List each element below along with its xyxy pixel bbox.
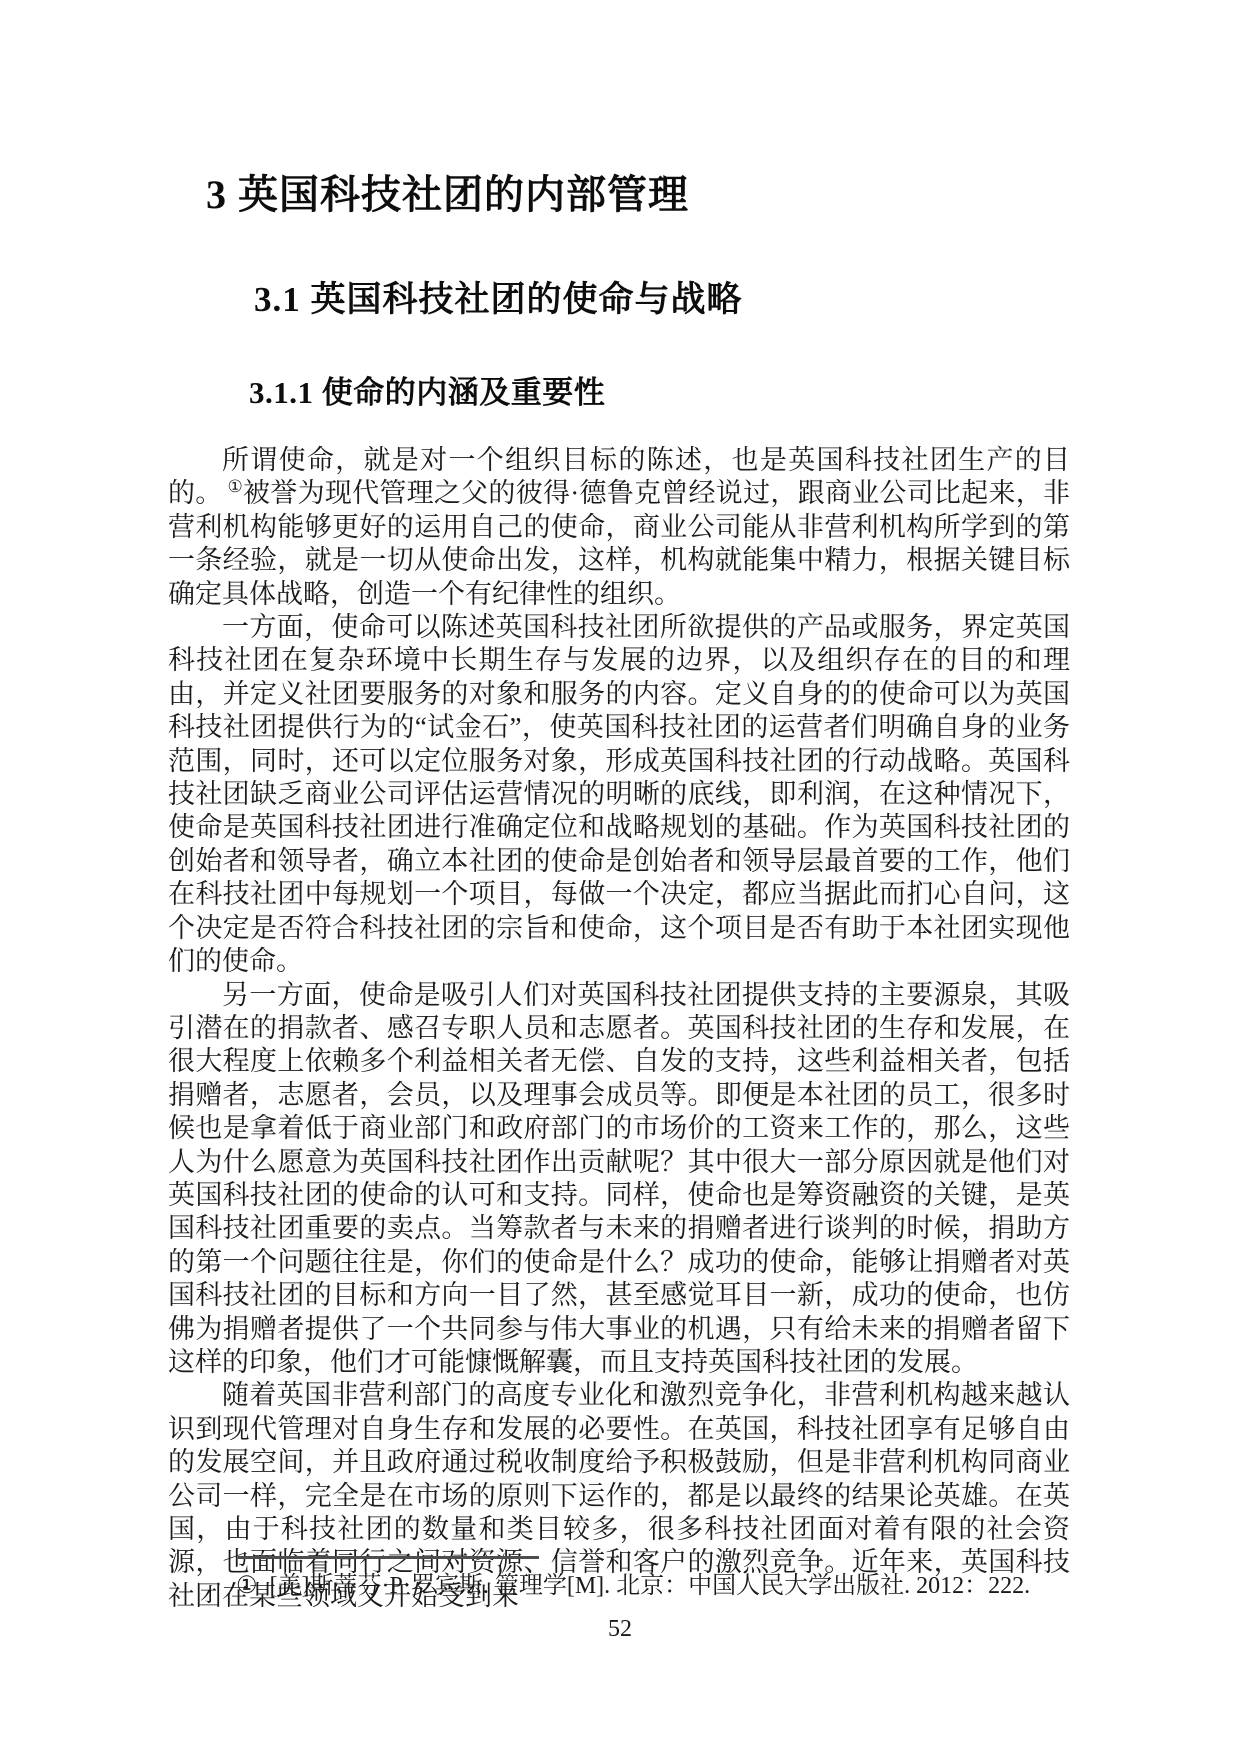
body-text: 所谓使命，就是对一个组织目标的陈述，也是英国科技社团生产的目的。①被誉为现代管理… — [168, 444, 1070, 1613]
footnote-text: [美]斯蒂芬·P·罗宾斯. 管理学[M]. 北京：中国人民大学出版社. 2012… — [270, 1573, 1031, 1599]
footnote-marker: ① — [236, 1573, 258, 1599]
footnote: ①[美]斯蒂芬·P·罗宾斯. 管理学[M]. 北京：中国人民大学出版社. 201… — [236, 1571, 1076, 1601]
footnote-separator-rule — [238, 1556, 539, 1559]
paragraph-2: 一方面，使命可以陈述英国科技社团所欲提供的产品或服务，界定英国科技社团在复杂环境… — [168, 611, 1070, 978]
document-page: 3 英国科技社团的内部管理 3.1 英国科技社团的使命与战略 3.1.1 使命的… — [0, 0, 1240, 1753]
footnote-ref-marker: ① — [223, 477, 244, 496]
paragraph-1: 所谓使命，就是对一个组织目标的陈述，也是英国科技社团生产的目的。①被誉为现代管理… — [168, 444, 1070, 611]
subsection-title: 3.1.1 使命的内涵及重要性 — [249, 367, 605, 412]
paragraph-1-continuation: 被誉为现代管理之父的彼得·德鲁克曾经说过，跟商业公司比起来，非营利机构能够更好的… — [168, 478, 1070, 608]
section-title: 3.1 英国科技社团的使命与战略 — [254, 272, 743, 322]
paragraph-3: 另一方面，使命是吸引人们对英国科技社团提供支持的主要源泉，其吸引潜在的捐款者、感… — [168, 979, 1070, 1380]
chapter-title: 3 英国科技社团的内部管理 — [206, 163, 689, 220]
page-number: 52 — [0, 1616, 1240, 1643]
